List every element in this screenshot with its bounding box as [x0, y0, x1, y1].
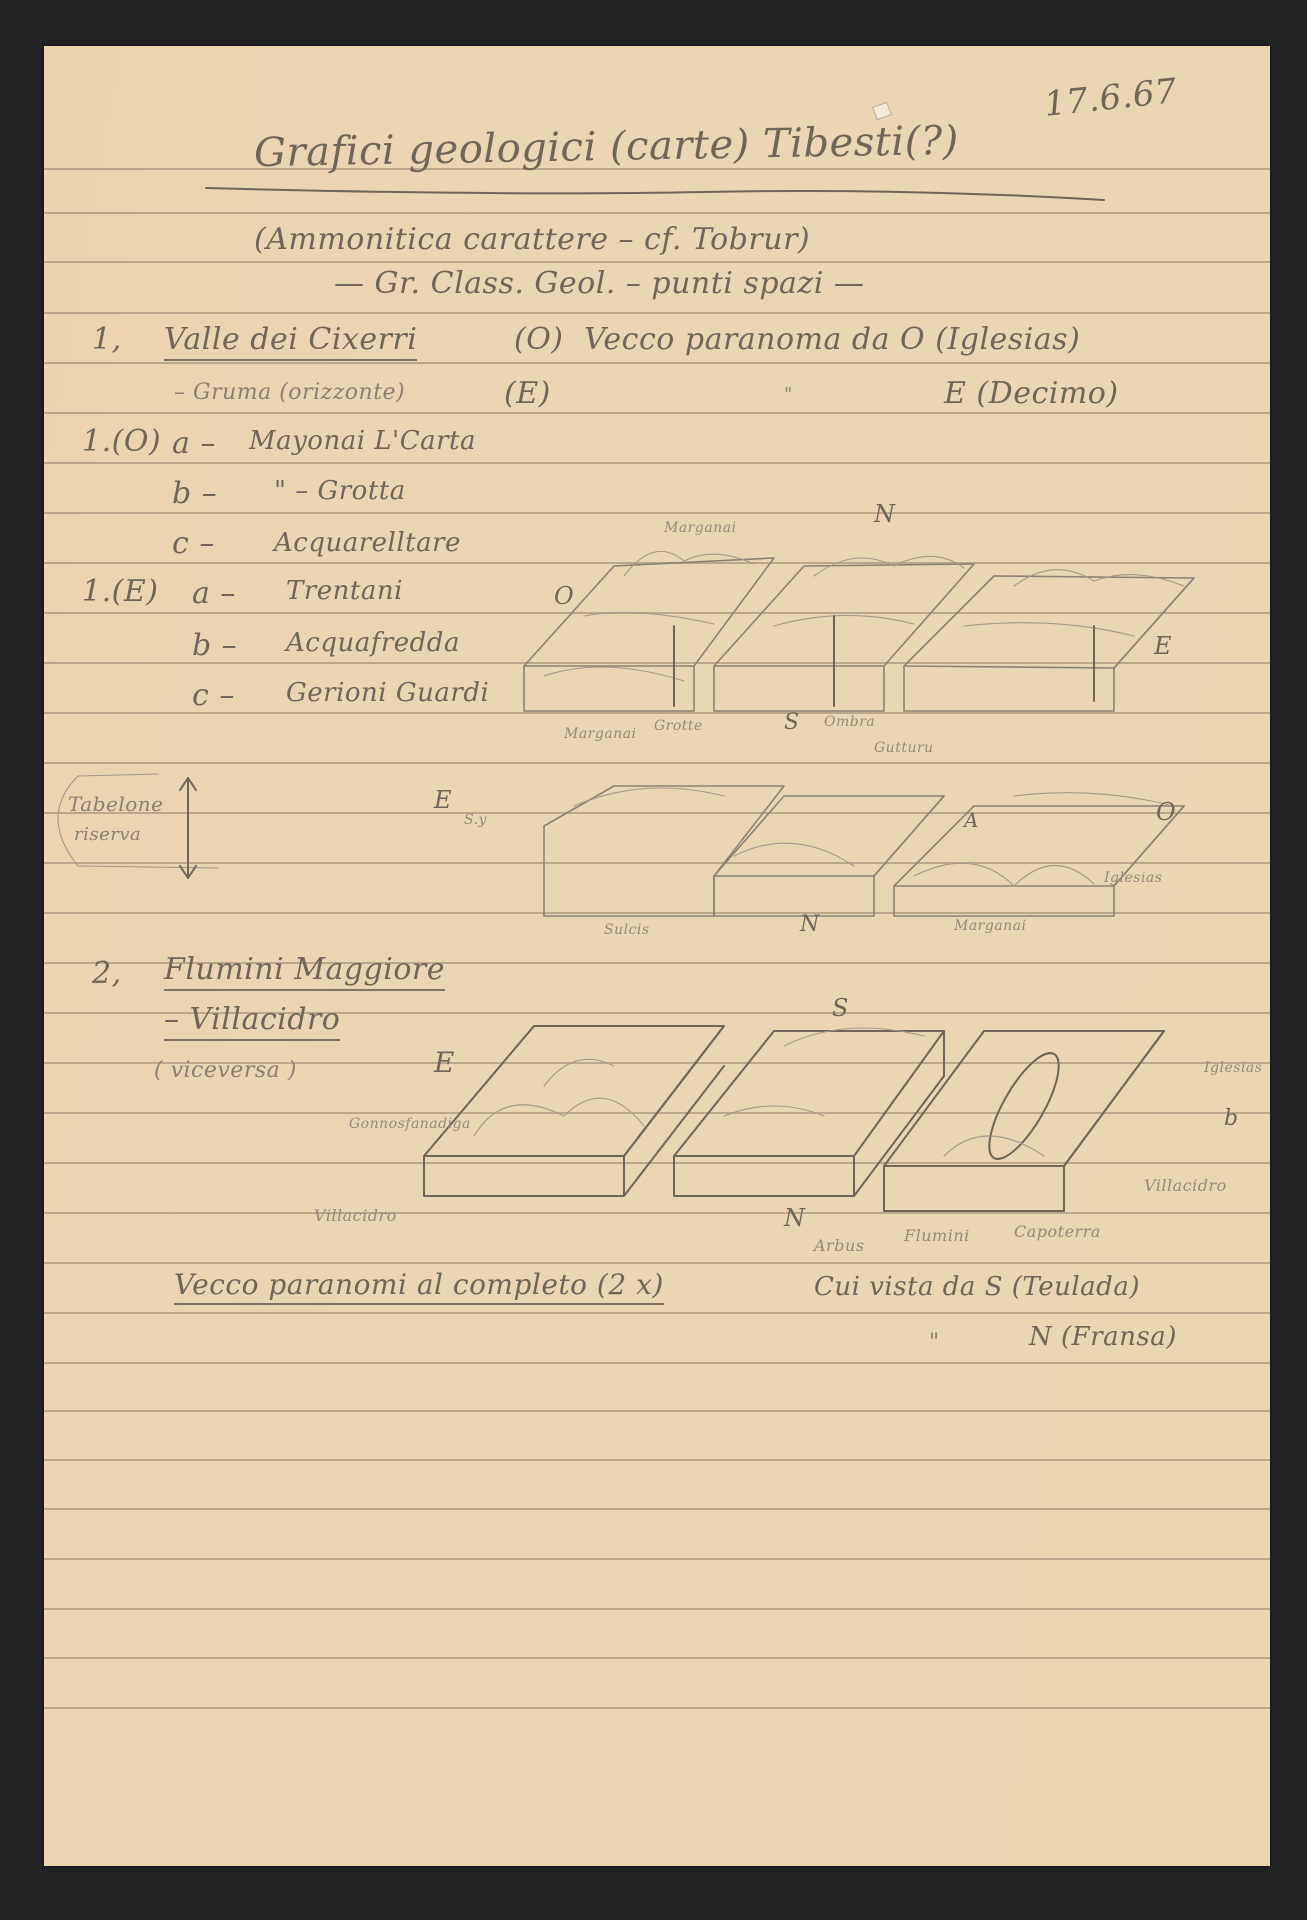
row2-label-top-mid1: Grotte — [654, 718, 703, 734]
row1-label-north: N — [874, 500, 896, 528]
section1-o-text: Vecco paranoma da O (Iglesias) — [584, 322, 1080, 357]
footer-line1-right: Cui vista da S (Teulada) — [814, 1272, 1140, 1302]
west-item-c-text: Acquarelltare — [274, 528, 461, 558]
row3-label-bottom-right: Capoterra — [1014, 1222, 1101, 1241]
row3-label-bottom-left: Villacidro — [314, 1206, 397, 1225]
row2-label-east: O — [1156, 798, 1176, 826]
section1-e-ditto: " — [784, 384, 793, 405]
ruled-line — [44, 212, 1270, 214]
section1-e-label: (E) — [504, 376, 551, 411]
west-item-c-letter: c – — [172, 526, 215, 561]
subheading: — Gr. Class. Geol. – punti spazi — — [334, 266, 864, 301]
east-item-c-letter: c – — [192, 678, 235, 713]
side-note-line2: riserva — [74, 824, 141, 845]
ruled-line — [44, 1312, 1270, 1314]
east-item-b-letter: b – — [192, 628, 237, 663]
side-note-line1: Tabelone — [68, 792, 164, 816]
west-item-a-letter: a – — [172, 426, 216, 461]
row3-label-right: Villacidro — [1144, 1176, 1227, 1195]
row3-label-bottom-mid1: Arbus — [814, 1236, 864, 1255]
ruled-line — [44, 1707, 1270, 1709]
row2-label-top-s: S — [784, 710, 800, 735]
row2-label-bottom-n: N — [800, 912, 820, 937]
section2-heading: Flumini Maggiore — [164, 952, 445, 991]
footer-line2-ditto: " — [929, 1330, 940, 1355]
footer-line1-left: Vecco paranomi al completo (2 x) — [174, 1268, 664, 1305]
ruled-line — [44, 412, 1270, 414]
row2-label-right: Iglesias — [1104, 870, 1162, 886]
section1-o-label: (O) — [514, 322, 564, 357]
block-diagram-row1 — [514, 506, 1234, 716]
row2-label-west-side: E — [434, 786, 452, 814]
row3-label-right-top: Iglesias — [1204, 1060, 1262, 1076]
ruled-line — [44, 1362, 1270, 1364]
subtitle: (Ammonitica carattere – cf. Tobrur) — [254, 222, 810, 257]
row2-label-a: A — [964, 808, 979, 832]
row2-label-sy: S.y — [464, 812, 487, 828]
row2-label-bottom-right: Marganai — [954, 918, 1027, 934]
block-diagram-row2 — [494, 766, 1214, 926]
ruled-line — [44, 462, 1270, 464]
east-item-c-text: Gerioni Guardi — [286, 678, 489, 708]
row3-label-bottom-mid2: Flumini — [904, 1226, 970, 1245]
row3-label-top-s: S — [832, 994, 849, 1022]
row1-label-east: E — [1154, 632, 1172, 660]
date: 17.6.67 — [1042, 71, 1179, 125]
row3-label-bottom-n: N — [784, 1204, 806, 1232]
ruled-line — [44, 762, 1270, 764]
east-item-a-text: Trentani — [286, 576, 403, 606]
row3-label-east: E — [434, 1046, 455, 1079]
title-underline — [204, 186, 1104, 206]
row2-label-top-left: Marganai — [564, 726, 637, 742]
west-item-b-text: " – Grotta — [274, 476, 406, 506]
row2-label-bottom-left: Sulcis — [604, 922, 650, 938]
east-group-label: 1.(E) — [82, 574, 158, 609]
row2-label-top-right: Gutturu — [874, 740, 934, 756]
ruled-line — [44, 1212, 1270, 1214]
side-note-bracket — [38, 766, 258, 886]
ruled-line — [44, 261, 1270, 263]
row3-label-right-b: b — [1224, 1106, 1239, 1131]
ruled-line — [44, 1558, 1270, 1560]
section1-number: 1, — [92, 322, 122, 357]
up-down-arrow-icon — [174, 774, 204, 884]
ruled-line — [44, 1410, 1270, 1412]
ruled-line — [44, 1657, 1270, 1659]
paper-tear-mark — [872, 102, 892, 121]
east-item-b-text: Acquafredda — [286, 628, 460, 658]
section1-e-text: E (Decimo) — [944, 376, 1119, 411]
row1-label-west: O — [554, 582, 574, 610]
east-item-a-letter: a – — [192, 576, 236, 611]
ruled-line — [44, 362, 1270, 364]
ruled-line — [44, 1262, 1270, 1264]
section2-note: ( viceversa ) — [154, 1058, 297, 1083]
row3-label-left: Gonnosfanadiga — [349, 1116, 471, 1132]
ruled-line — [44, 312, 1270, 314]
section1-heading: Valle dei Cixerri — [164, 322, 417, 361]
manuscript-page: 17.6.67 Grafici geologici (carte) Tibest… — [44, 46, 1270, 1866]
section2-number: 2, — [92, 956, 122, 991]
footer-line2-right: N (Fransa) — [1029, 1322, 1177, 1352]
ruled-line — [44, 1459, 1270, 1461]
west-item-a-text: Mayonai L'Carta — [249, 426, 476, 456]
section2-subheading: – Villacidro — [164, 1002, 340, 1041]
section1-subheading: – Gruma (orizzonte) — [174, 380, 405, 405]
west-group-label: 1.(O) — [82, 424, 161, 459]
row2-label-top-mid2: Ombra — [824, 714, 875, 730]
ruled-line — [44, 1508, 1270, 1510]
row1-label-top: Marganai — [664, 520, 737, 536]
ruled-line — [44, 1608, 1270, 1610]
west-item-b-letter: b – — [172, 476, 217, 511]
